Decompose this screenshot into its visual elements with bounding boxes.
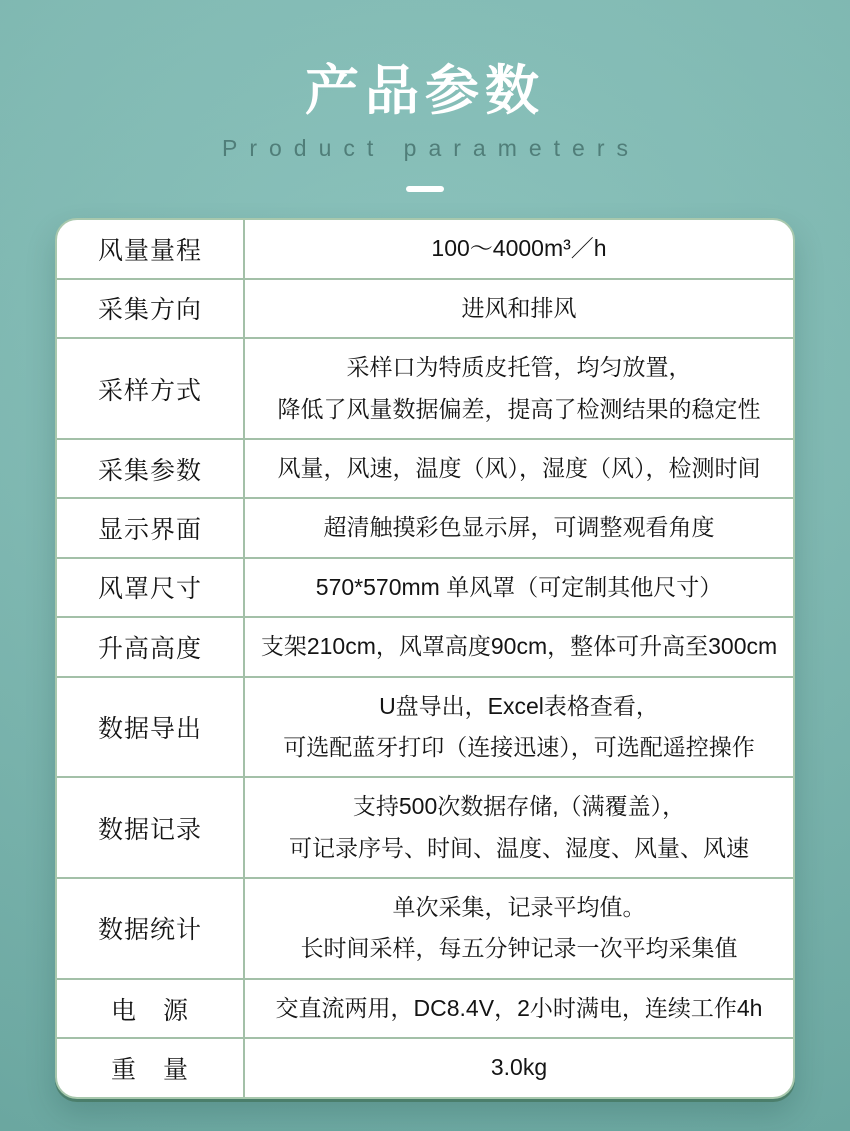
table-row: 风罩尺寸 570*570mm 单风罩（可定制其他尺寸） [57, 557, 793, 616]
spec-label: 数据导出 [57, 678, 245, 777]
spec-value: 超清触摸彩色显示屏，可调整观看角度 [245, 499, 793, 556]
spec-value: 单次采集，记录平均值。 长时间采样，每五分钟记录一次平均采集值 [245, 879, 793, 978]
table-row: 风量量程 100～4000m³／h [57, 220, 793, 277]
spec-value: 100～4000m³／h [245, 220, 793, 277]
table-row: 数据统计 单次采集，记录平均值。 长时间采样，每五分钟记录一次平均采集值 [57, 877, 793, 978]
spec-value: U盘导出，Excel表格查看， 可选配蓝牙打印（连接迅速），可选配遥控操作 [245, 678, 793, 777]
spec-value: 风量，风速，温度（风），湿度（风），检测时间 [245, 440, 793, 497]
table-row: 升高高度 支架210cm，风罩高度90cm，整体可升高至300cm [57, 616, 793, 675]
spec-value: 3.0kg [245, 1039, 793, 1096]
spec-label: 数据统计 [57, 879, 245, 978]
table-row: 采样方式 采样口为特质皮托管，均匀放置， 降低了风量数据偏差，提高了检测结果的稳… [57, 337, 793, 438]
spec-value: 交直流两用，DC8.4V，2小时满电，连续工作4h [245, 980, 793, 1037]
table-row: 重 量 3.0kg [57, 1037, 793, 1096]
spec-label: 风罩尺寸 [57, 559, 245, 616]
page-background: 产品参数 Product parameters 风量量程 100～4000m³／… [0, 0, 850, 1131]
spec-label: 数据记录 [57, 778, 245, 877]
spec-label: 采样方式 [57, 339, 245, 438]
spec-value: 支持500次数据存储,（满覆盖）， 可记录序号、时间、温度、湿度、风量、风速 [245, 778, 793, 877]
title-dash [406, 186, 444, 192]
spec-table: 风量量程 100～4000m³／h 采集方向 进风和排风 采样方式 采样口为特质… [55, 218, 795, 1098]
table-row: 采集方向 进风和排风 [57, 278, 793, 337]
table-row: 显示界面 超清触摸彩色显示屏，可调整观看角度 [57, 497, 793, 556]
table-row: 数据导出 U盘导出，Excel表格查看， 可选配蓝牙打印（连接迅速），可选配遥控… [57, 676, 793, 777]
page-title: 产品参数 [0, 62, 850, 121]
spec-value: 进风和排风 [245, 280, 793, 337]
spec-value: 采样口为特质皮托管，均匀放置， 降低了风量数据偏差，提高了检测结果的稳定性 [245, 339, 793, 438]
spec-label: 采集参数 [57, 440, 245, 497]
spec-value: 支架210cm，风罩高度90cm，整体可升高至300cm [245, 618, 793, 675]
spec-label: 升高高度 [57, 618, 245, 675]
header: 产品参数 Product parameters [0, 62, 850, 192]
table-row: 采集参数 风量，风速，温度（风），湿度（风），检测时间 [57, 438, 793, 497]
table-row: 电 源 交直流两用，DC8.4V，2小时满电，连续工作4h [57, 978, 793, 1037]
spec-label: 电 源 [57, 980, 245, 1037]
spec-label: 显示界面 [57, 499, 245, 556]
spec-label: 风量量程 [57, 220, 245, 277]
page-subtitle: Product parameters [0, 135, 850, 162]
spec-label: 采集方向 [57, 280, 245, 337]
table-row: 数据记录 支持500次数据存储,（满覆盖）， 可记录序号、时间、温度、湿度、风量… [57, 776, 793, 877]
spec-value: 570*570mm 单风罩（可定制其他尺寸） [245, 559, 793, 616]
spec-label: 重 量 [57, 1039, 245, 1096]
